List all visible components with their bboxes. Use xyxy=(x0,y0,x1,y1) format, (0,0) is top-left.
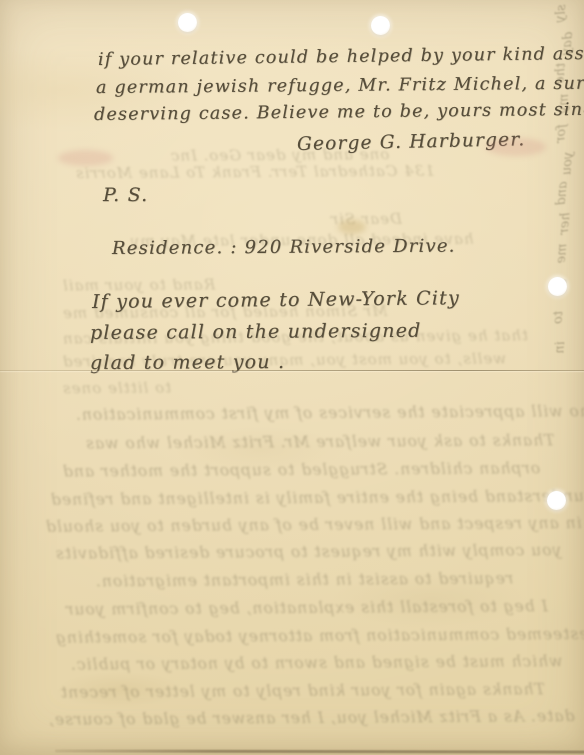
bleedthrough-line: to little ones xyxy=(62,379,171,398)
signature: George G. Harburger. xyxy=(297,129,526,155)
bleedthrough-line: Thanks to ask your welfare Mr. Fritz Mic… xyxy=(85,431,555,452)
bleedthrough-line: understand being the entire family is in… xyxy=(50,487,584,509)
closing-line-2: please call on the undersigned xyxy=(90,320,422,344)
bleedthrough-line: I beg to forestall this explanation, beg… xyxy=(65,597,548,618)
bleedthrough-line: Thanks again for your kind reply to my l… xyxy=(60,680,545,701)
punch-hole xyxy=(178,13,197,32)
punch-hole xyxy=(371,16,390,35)
letter-body-line-1: if your relative could be helped by your… xyxy=(98,43,584,70)
punch-hole xyxy=(547,491,566,510)
bleedthrough-margin-mark: you xyxy=(559,151,576,176)
bleedthrough-line: date. As a Fritz Michel you, I her answe… xyxy=(48,707,575,729)
bleedthrough-margin-mark: her xyxy=(557,212,574,236)
letter-body-line-2: a german jewish refugge, Mr. Fritz Miche… xyxy=(96,73,584,98)
bleedthrough-margin-mark: for xyxy=(553,123,570,143)
letter-body-line-3: deserving case. Believe me to be, yours … xyxy=(94,99,584,125)
bleedthrough-margin-mark: and xyxy=(554,181,571,207)
bleedthrough-line: esteemed communication from attorney tod… xyxy=(55,625,584,647)
bleedthrough-margin-mark: in xyxy=(552,341,568,355)
closing-line-3: glad to meet you . xyxy=(90,351,285,374)
postscript-label: P. S. xyxy=(103,184,148,206)
paper-edge-shadow xyxy=(55,749,584,753)
closing-line-1: If you ever come to New-York City xyxy=(92,287,460,313)
pink-stain xyxy=(58,150,113,166)
bleedthrough-line: in any respect and will never be of any … xyxy=(45,514,582,536)
bleedthrough-margin-mark: me xyxy=(554,243,571,264)
bleedthrough-line: you comply with my request to procure de… xyxy=(55,541,561,563)
bleedthrough-line: Dear Sir xyxy=(330,210,402,229)
residence-line: Residence. : 920 Riverside Drive. xyxy=(112,236,456,259)
bleedthrough-margin-mark: sly xyxy=(553,4,570,23)
fold-crease xyxy=(0,370,584,371)
bleedthrough-line: which must be signed and sworn to by not… xyxy=(70,652,563,673)
bleedthrough-margin-mark: to xyxy=(550,310,566,324)
bleedthrough-line: required to assist in this important emi… xyxy=(95,570,513,591)
punch-hole xyxy=(548,277,567,296)
bleedthrough-line: 134 Cathedral Terr. Frank To Lane Morris xyxy=(75,162,435,183)
letter-page: one and my dear Geo. Inc134 Cathedral Te… xyxy=(0,0,584,755)
bleedthrough-line: who will appreciate the services of my f… xyxy=(75,402,584,424)
yellow-stain xyxy=(338,220,366,234)
bleedthrough-line: orphan children. Struggled to support th… xyxy=(62,459,540,480)
